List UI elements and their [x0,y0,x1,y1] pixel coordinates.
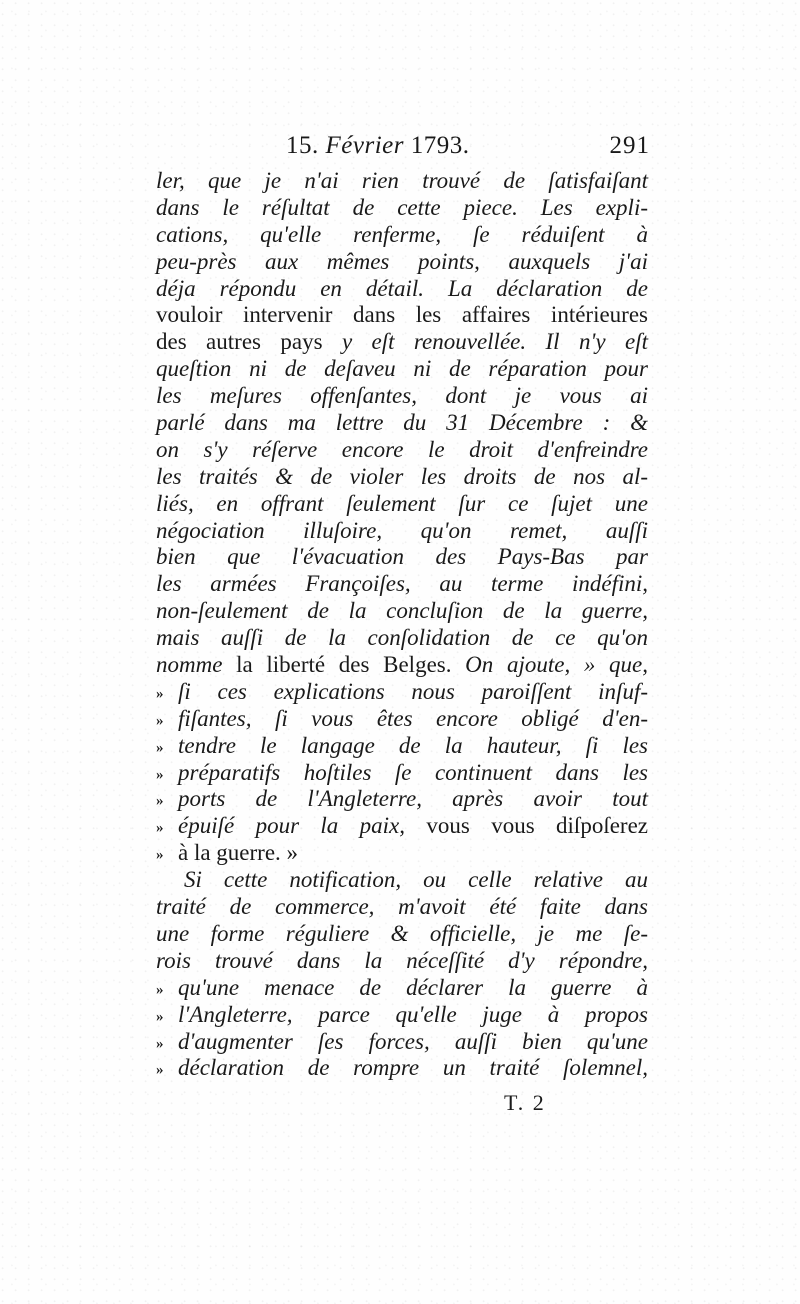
body-text: ler, que je n'ai rien trouvé de ſatisfai… [156,168,648,1082]
italic-text: ports de l'Angleterre, après avoir tout [178,786,648,811]
italic-text: nomme [156,652,222,677]
italic-text: d'augmenter ſes forces, auſſi bien qu'un… [178,1029,648,1054]
italic-text: dans le réſultat de cette piece. Les exp… [156,195,648,220]
quote-mark: » [156,681,178,708]
italic-text: non-ſeulement de la concluſion de la gue… [156,598,648,623]
italic-text: déja répondu en détail. La déclaration d… [156,276,648,301]
running-head: 15. Février 1793. 291 [160,132,650,162]
text-line: liés, en offrant ſeulement ſur ce ſujet … [156,491,648,518]
quote-mark: » [156,788,178,815]
roman-text: vouloir intervenir dans les affaires int… [156,302,648,327]
text-line: »d'augmenter ſes forces, auſſi bien qu'u… [156,1029,648,1056]
text-line: les meſures offenſantes, dont je vous ai [156,383,648,410]
text-line: queſtion ni de deſaveu ni de réparation … [156,356,648,383]
italic-text: préparatifs hoſtiles ſe continuent dans … [178,760,648,785]
text-line: nomme la liberté des Belges. On ajoute, … [156,652,648,679]
roman-text: vous vous diſpoſerez [405,813,648,838]
text-line: négociation illuſoire, qu'on remet, auſſ… [156,518,648,545]
text-line: des autres pays y eſt renouvellée. Il n'… [156,329,648,356]
text-line: bien que l'évacuation des Pays-Bas par [156,544,648,571]
italic-text: parlé dans ma lettre du 31 Décembre : & [156,410,648,435]
italic-text: négociation illuſoire, qu'on remet, auſſ… [156,518,648,543]
italic-text: queſtion ni de deſaveu ni de réparation … [156,356,648,381]
italic-text: ſi ces explications nous paroiſſent inſu… [178,679,648,704]
text-line: »préparatifs hoſtiles ſe continuent dans… [156,760,648,787]
quote-mark: » [156,842,178,869]
text-line: »fiſantes, ſi vous êtes encore obligé d'… [156,706,648,733]
roman-text: à la guerre. » [178,840,298,865]
text-line: »déclaration de rompre un traité ſolemne… [156,1055,648,1082]
quote-mark: » [156,1004,178,1031]
text-line: »épuiſé pour la paix, vous vous diſpoſer… [156,813,648,840]
quote-mark: » [156,977,178,1004]
text-line: Si cette notification, ou celle relative… [156,867,648,894]
running-head-day: 15. [286,132,319,159]
italic-text: les meſures offenſantes, dont je vous ai [156,383,648,408]
text-line: dans le réſultat de cette piece. Les exp… [156,195,648,222]
signature-mark: T. 2 [504,1090,546,1116]
italic-text: fiſantes, ſi vous êtes encore obligé d'e… [178,706,648,731]
text-line: mais auſſi de la conſolidation de ce qu'… [156,625,648,652]
running-head-year: 1793. [411,132,470,159]
page-number: 291 [610,132,651,160]
text-line: non-ſeulement de la concluſion de la gue… [156,598,648,625]
italic-text: qu'une menace de déclarer la guerre à [178,975,648,1000]
quote-mark: » [156,1057,178,1084]
italic-text: on s'y réſerve encore le droit d'enfrein… [156,437,648,462]
quote-mark: » [156,708,178,735]
italic-text: rois trouvé dans la néceſſité d'y répond… [156,948,648,973]
text-line: une forme réguliere & officielle, je me … [156,921,648,948]
roman-text: la liberté des Belges. [222,652,465,677]
text-line: »ſi ces explications nous paroiſſent inſ… [156,679,648,706]
text-line: »tendre le langage de la hauteur, ſi les [156,733,648,760]
text-line: rois trouvé dans la néceſſité d'y répond… [156,948,648,975]
italic-text: une forme réguliere & officielle, je me … [156,921,648,946]
italic-text: bien que l'évacuation des Pays-Bas par [156,544,648,569]
text-line: »ports de l'Angleterre, après avoir tout [156,786,648,813]
text-line: parlé dans ma lettre du 31 Décembre : & [156,410,648,437]
italic-text: cations, qu'elle renferme, ſe réduiſent … [156,222,648,247]
italic-text: les traités & de violer les droits de no… [156,464,648,489]
italic-text: On ajoute, » que, [465,652,648,677]
text-line: cations, qu'elle renferme, ſe réduiſent … [156,222,648,249]
italic-text: traité de commerce, m'avoit été faite da… [156,894,648,919]
quote-mark: » [156,735,178,762]
italic-text: déclaration de rompre un traité ſolemnel… [178,1055,648,1080]
italic-text: Si cette notification, ou celle relative… [184,867,648,892]
italic-text: épuiſé pour la paix, [178,813,405,838]
italic-text: l'Angleterre, parce qu'elle juge à propo… [178,1002,648,1027]
text-line: les traités & de violer les droits de no… [156,464,648,491]
text-line: »l'Angleterre, parce qu'elle juge à prop… [156,1002,648,1029]
italic-text: y eſt renouvellée. Il n'y eſt [342,329,648,354]
text-line: déja répondu en détail. La déclaration d… [156,276,648,303]
running-head-month: Février [326,132,404,159]
quote-mark: » [156,815,178,842]
running-head-date: 15. Février 1793. [286,132,469,160]
text-line: les armées Françoiſes, au terme indéfini… [156,571,648,598]
italic-text: mais auſſi de la conſolidation de ce qu'… [156,625,648,650]
quote-mark: » [156,762,178,789]
roman-text: des autres pays [156,329,342,354]
quote-mark: » [156,1031,178,1058]
text-line: vouloir intervenir dans les affaires int… [156,302,648,329]
book-page: 15. Février 1793. 291 ler, que je n'ai r… [0,0,800,1304]
text-line: »qu'une menace de déclarer la guerre à [156,975,648,1002]
text-line: ler, que je n'ai rien trouvé de ſatisfai… [156,168,648,195]
text-line: peu-près aux mêmes points, auxquels j'ai [156,249,648,276]
text-line: traité de commerce, m'avoit été faite da… [156,894,648,921]
italic-text: tendre le langage de la hauteur, ſi les [178,733,648,758]
italic-text: ler, que je n'ai rien trouvé de ſatisfai… [156,168,648,193]
italic-text: liés, en offrant ſeulement ſur ce ſujet … [156,491,648,516]
text-line: »à la guerre. » [156,840,648,867]
text-line: on s'y réſerve encore le droit d'enfrein… [156,437,648,464]
italic-text: les armées Françoiſes, au terme indéfini… [156,571,648,596]
italic-text: peu-près aux mêmes points, auxquels j'ai [156,249,648,274]
